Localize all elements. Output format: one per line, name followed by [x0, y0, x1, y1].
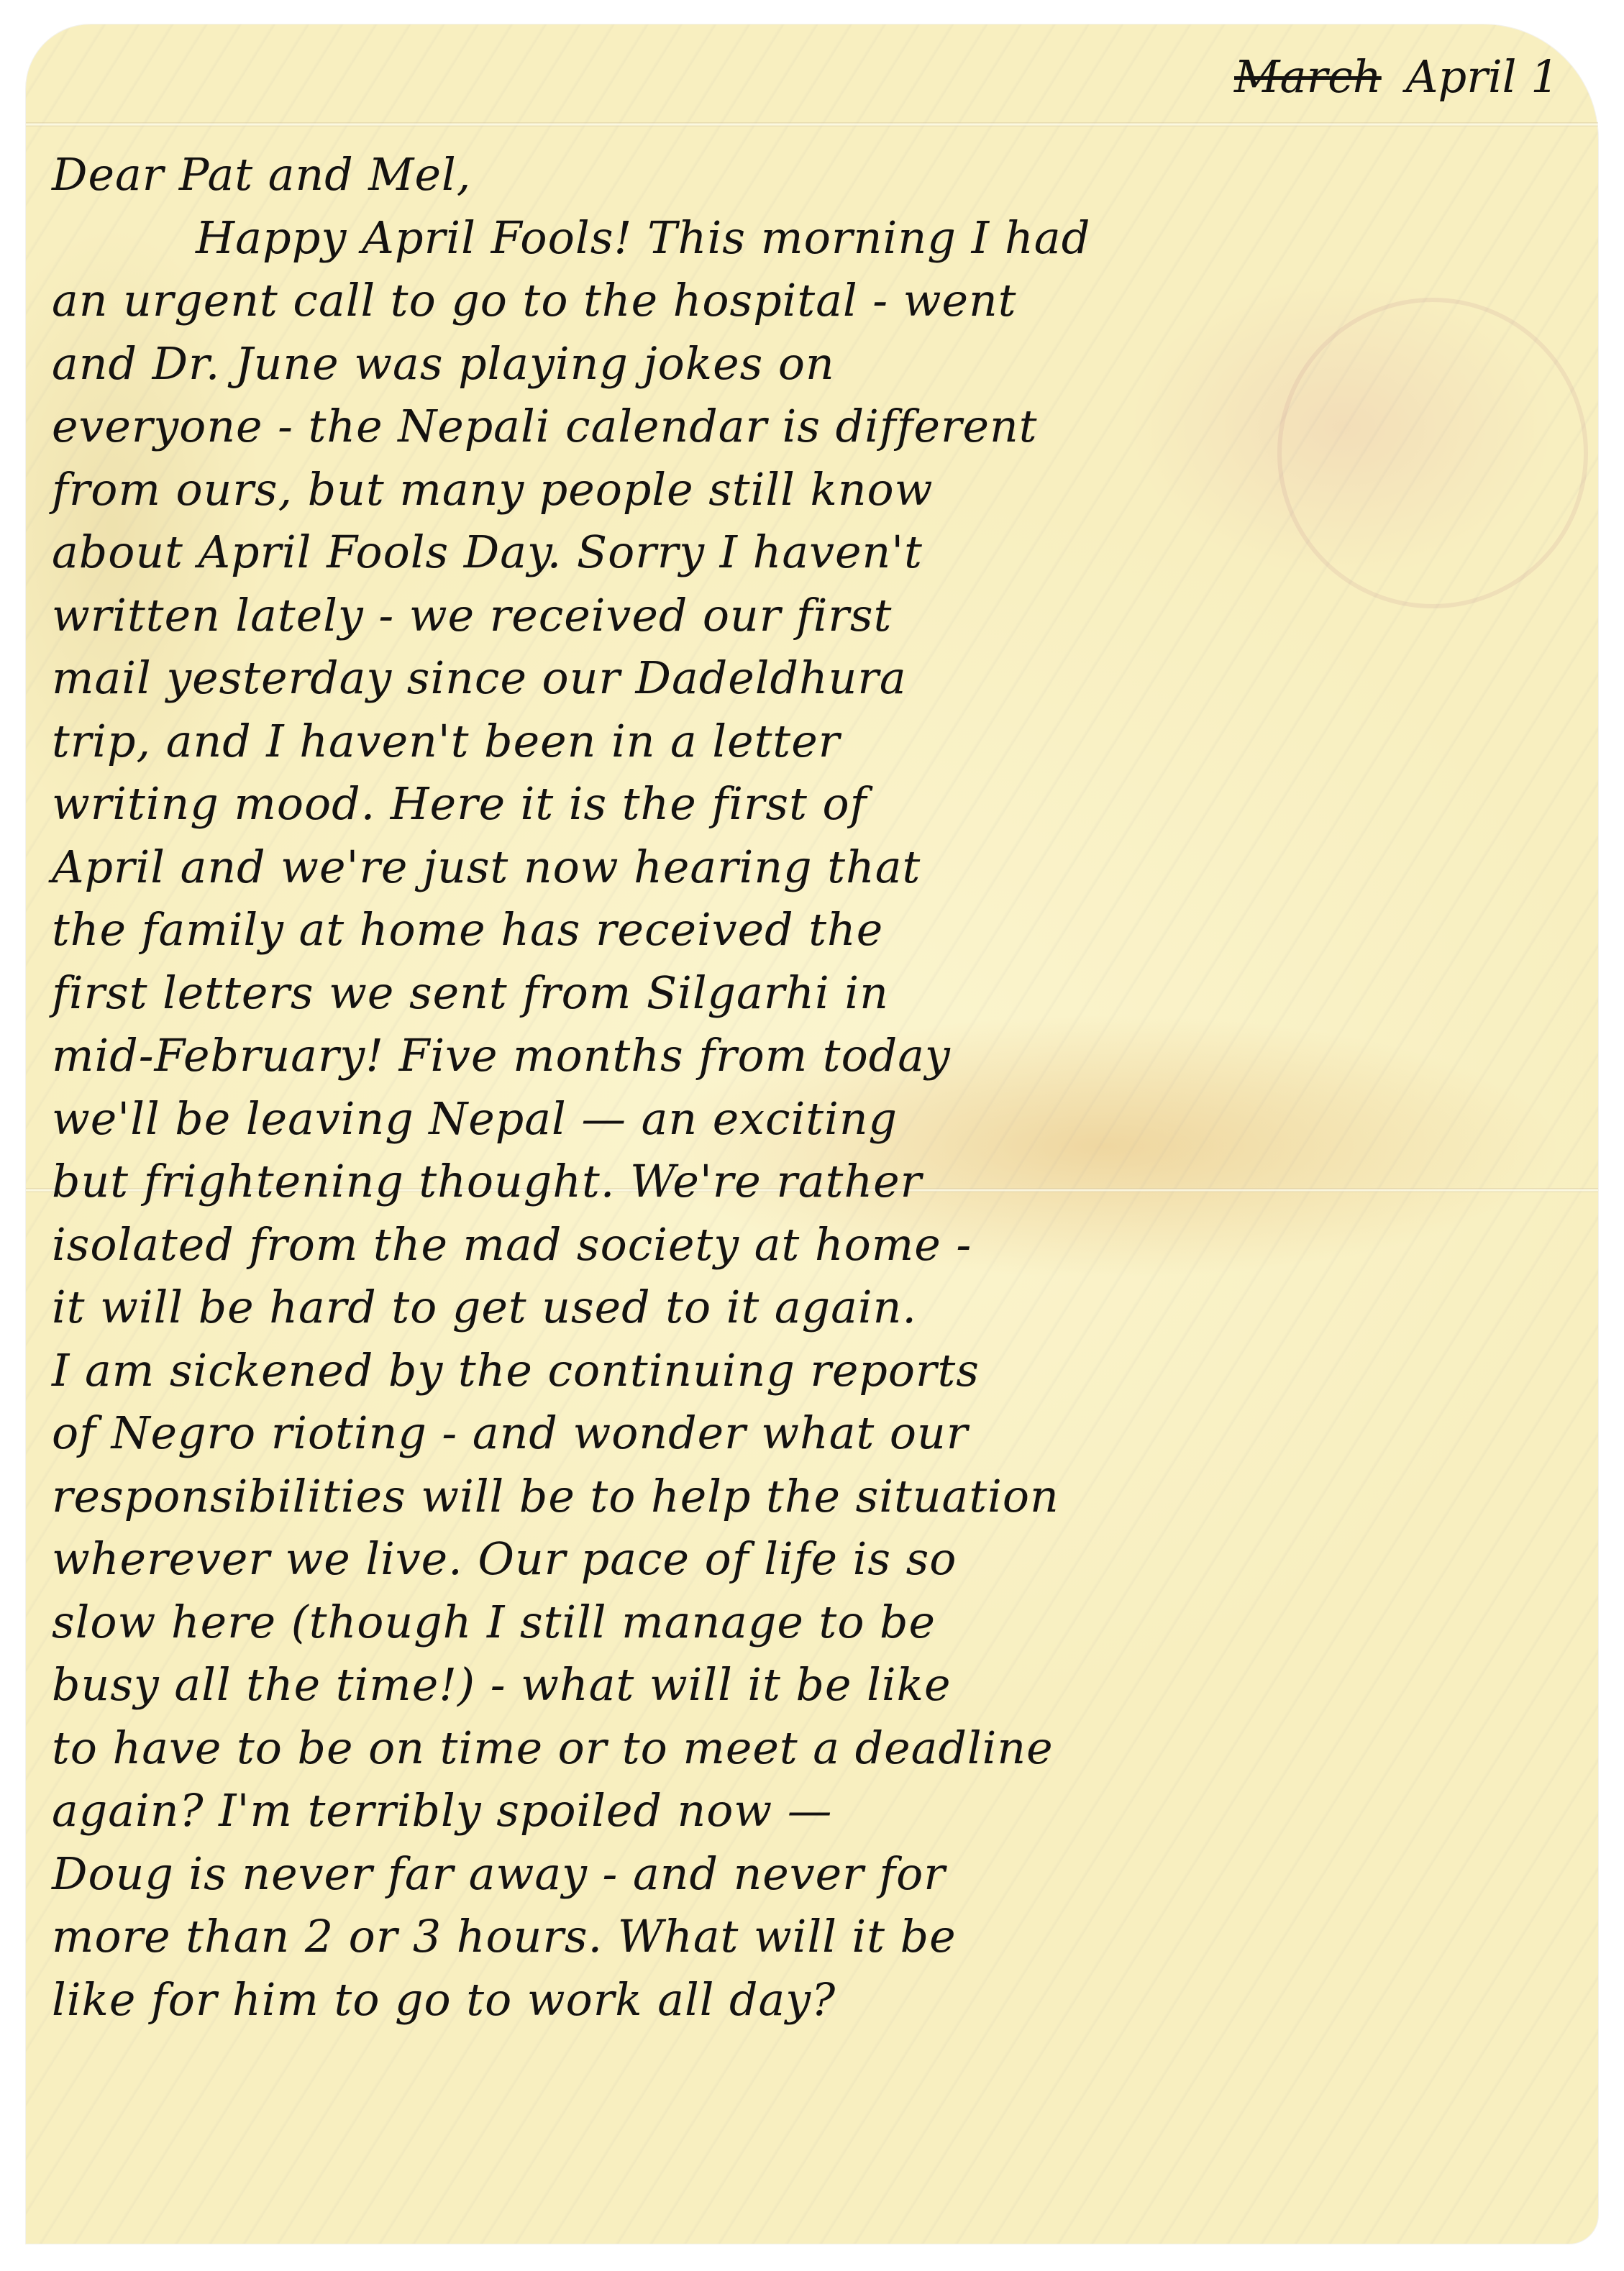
letter-line: mid-February! Five months from today — [52, 1024, 1590, 1087]
paper-fold-top — [26, 122, 1598, 127]
date-text: April 1 — [1406, 50, 1559, 103]
letter-line: April and we're just now hearing that — [52, 836, 1590, 899]
letter-line: the family at home has received the — [52, 898, 1590, 961]
letter-line: of Negro rioting - and wonder what our — [52, 1402, 1590, 1465]
letter-line: Happy April Fools! This morning I had — [52, 206, 1598, 270]
letter-line: writing mood. Here it is the first of — [52, 772, 1590, 836]
letter-line: mail yesterday since our Dadeldhura — [52, 646, 1590, 710]
letter-line: like for him to go to work all day? — [52, 1968, 1590, 2032]
letter-line: to have to be on time or to meet a deadl… — [52, 1717, 1590, 1780]
letter-line: written lately - we received our first — [52, 584, 1590, 647]
letter-line: but frightening thought. We're rather — [52, 1150, 1590, 1213]
letter-line: Doug is never far away - and never for — [52, 1842, 1590, 1906]
letter-line: again? I'm terribly spoiled now — — [52, 1779, 1590, 1842]
letter-line: everyone - the Nepali calendar is differ… — [52, 395, 1590, 458]
letter-line: trip, and I haven't been in a letter — [52, 710, 1590, 773]
letter-line: I am sickened by the continuing reports — [52, 1339, 1590, 1402]
letter-line: about April Fools Day. Sorry I haven't — [52, 521, 1590, 584]
letter-line: slow here (though I still manage to be — [52, 1591, 1590, 1654]
letter-line: busy all the time!) - what will it be li… — [52, 1653, 1590, 1717]
struck-out-month: March — [1234, 50, 1382, 103]
letter-line: more than 2 or 3 hours. What will it be — [52, 1905, 1590, 1968]
letter-line: an urgent call to go to the hospital - w… — [52, 269, 1590, 332]
letter-line: first letters we sent from Silgarhi in — [52, 961, 1590, 1025]
letter-date: MarchApril 1 — [1234, 50, 1559, 103]
letter-line: wherever we live. Our pace of life is so — [52, 1527, 1590, 1591]
letter-page: MarchApril 1 Dear Pat and Mel, Happy Apr… — [26, 24, 1598, 2244]
letter-body: Dear Pat and Mel, Happy April Fools! Thi… — [52, 143, 1598, 2031]
letter-line: it will be hard to get used to it again. — [52, 1276, 1590, 1339]
letter-line: responsibilities will be to help the sit… — [52, 1465, 1590, 1528]
letter-line: and Dr. June was playing jokes on — [52, 332, 1590, 396]
letter-line: from ours, but many people still know — [52, 458, 1590, 521]
salutation: Dear Pat and Mel, — [52, 143, 1590, 206]
letter-line: isolated from the mad society at home - — [52, 1213, 1590, 1276]
letter-line: we'll be leaving Nepal — an exciting — [52, 1087, 1590, 1151]
